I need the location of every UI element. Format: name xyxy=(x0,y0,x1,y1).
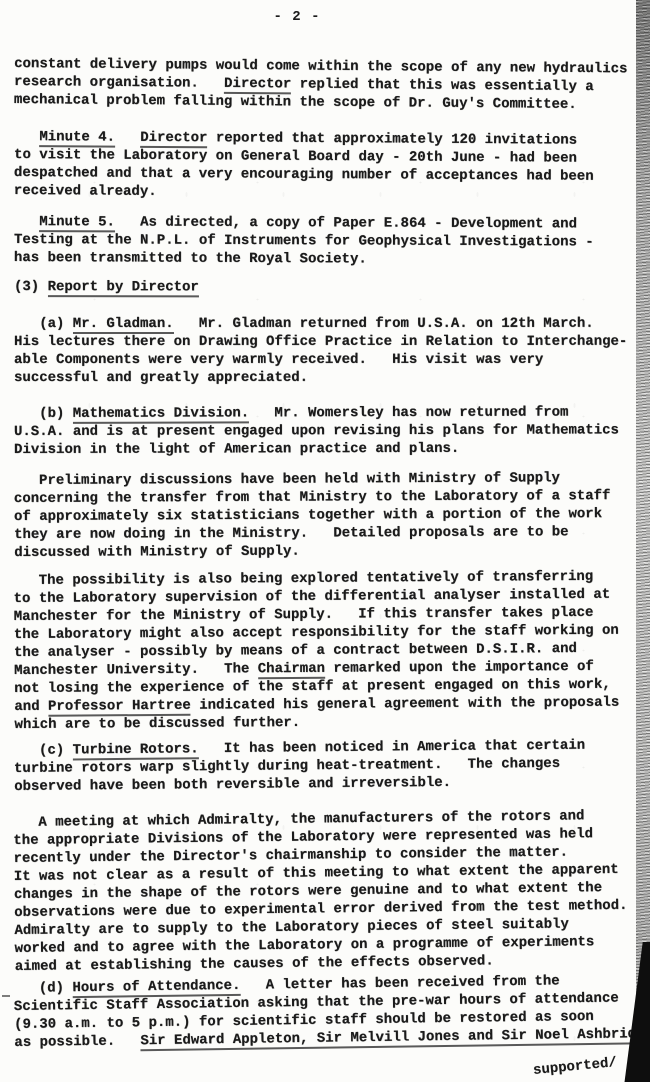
paragraph-item-c-turbine-rotors: (c) Turbine Rotors. It has been noticed … xyxy=(14,736,650,796)
paragraph-minute-4: Minute 4. Director reported that approxi… xyxy=(14,128,650,204)
document-body: constant delivery pumps would come withi… xyxy=(0,55,650,1052)
text-line: successful and greatly appreciated. xyxy=(14,369,650,387)
catchword-supported: supported/ xyxy=(532,1054,617,1080)
page-number: - 2 - xyxy=(0,0,622,26)
text-line: (3) Report by Director xyxy=(14,278,650,297)
paragraph-differential-analyser: The possibility is also being explored t… xyxy=(13,567,650,734)
text-line: (a) Mr. Gladman. Mr. Gladman returned fr… xyxy=(14,315,650,333)
text-line: able Components were very warmly receive… xyxy=(14,351,650,369)
text-line: discussed with Ministry of Supply. xyxy=(14,541,650,562)
scan-edge-noise xyxy=(636,0,650,1082)
text-line: U.S.A. and is at present engaged upon re… xyxy=(14,421,650,441)
text-line: they are now doing in the Ministry. Deta… xyxy=(14,523,650,544)
paragraph-rotor-meeting: A meeting at which Admiralty, the manufa… xyxy=(13,807,650,976)
paragraph-item-d-hours-of-attendance: (d) Hours of Attendance. A letter has be… xyxy=(13,971,650,1052)
paragraph-hydraulics-continuation: constant delivery pumps would come withi… xyxy=(14,55,650,115)
stray-ink-mark xyxy=(2,995,10,997)
paragraph-item-b-mathematics-division: (b) Mathematics Division. Mr. Womersley … xyxy=(14,403,650,459)
text-line: Division in the light of American practi… xyxy=(14,439,650,459)
scanned-minutes-page: - 2 - constant delivery pumps would come… xyxy=(0,0,650,1082)
paragraph-minute-5: Minute 5. As directed, a copy of Paper E… xyxy=(14,213,650,270)
paragraph-ministry-of-supply-statisticians: Preliminary discussions have been held w… xyxy=(14,469,650,562)
text-line: which are to be discussed further. xyxy=(14,711,650,734)
text-line: His lectures there on Drawing Office Pra… xyxy=(14,333,650,351)
paragraph-item-a-mr-gladman: (a) Mr. Gladman. Mr. Gladman returned fr… xyxy=(14,315,650,387)
paragraph-report-by-director-heading: (3) Report by Director xyxy=(14,278,650,297)
text-line: (b) Mathematics Division. Mr. Womersley … xyxy=(14,403,650,423)
text-line: has been transmitted to the Royal Societ… xyxy=(14,249,650,270)
